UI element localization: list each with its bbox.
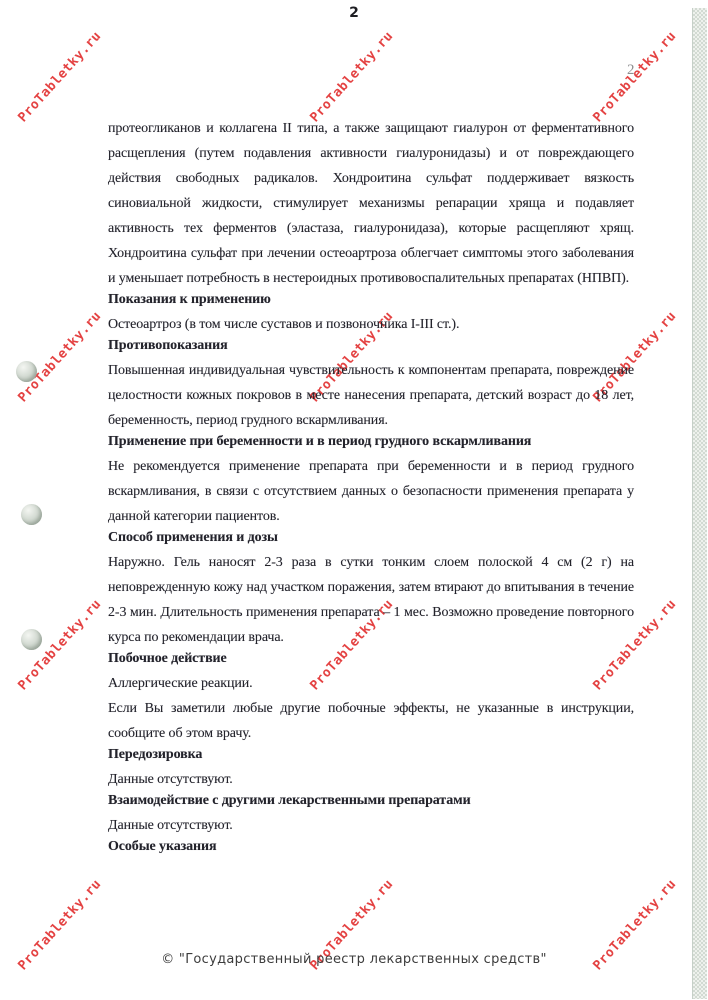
- footer-copyright: © "Государственный реестр лекарственных …: [0, 952, 708, 967]
- scanned-document-page: ProTabletky.ruProTabletky.ruProTabletky.…: [0, 0, 708, 1000]
- continued-paragraph: протеогликанов и коллагена II типа, а та…: [108, 116, 634, 291]
- hole-punch-mark: [21, 504, 42, 525]
- document-sections: Показания к применениюОстеоартроз (в том…: [108, 287, 634, 859]
- section-paragraph: Если Вы заметили любые другие побочные э…: [108, 696, 634, 746]
- section-paragraph: Повышенная индивидуальная чувствительнос…: [108, 358, 634, 433]
- hole-punch-mark: [21, 629, 42, 650]
- hole-punch-mark: [16, 361, 37, 382]
- ghost-page-number: 2: [627, 62, 635, 79]
- section-heading: Передозировка: [108, 742, 634, 767]
- section-heading: Способ применения и дозы: [108, 525, 634, 550]
- document-body: протеогликанов и коллагена II типа, а та…: [108, 116, 634, 859]
- section-paragraph: Аллергические реакции.: [108, 671, 634, 696]
- watermark-text: ProTabletky.ru: [15, 309, 104, 406]
- watermark-text: ProTabletky.ru: [307, 29, 396, 126]
- section-paragraph: Не рекомендуется применение препарата пр…: [108, 454, 634, 529]
- section-heading: Применение при беременности и в период г…: [108, 429, 634, 454]
- watermark-text: ProTabletky.ru: [15, 29, 104, 126]
- section-heading: Особые указания: [108, 834, 634, 859]
- watermark-text: ProTabletky.ru: [590, 29, 679, 126]
- section-heading: Взаимодействие с другими лекарственными …: [108, 788, 634, 813]
- page-number: 2: [0, 5, 708, 21]
- section-heading: Побочное действие: [108, 646, 634, 671]
- section-paragraph: Наружно. Гель наносят 2-3 раза в сутки т…: [108, 550, 634, 650]
